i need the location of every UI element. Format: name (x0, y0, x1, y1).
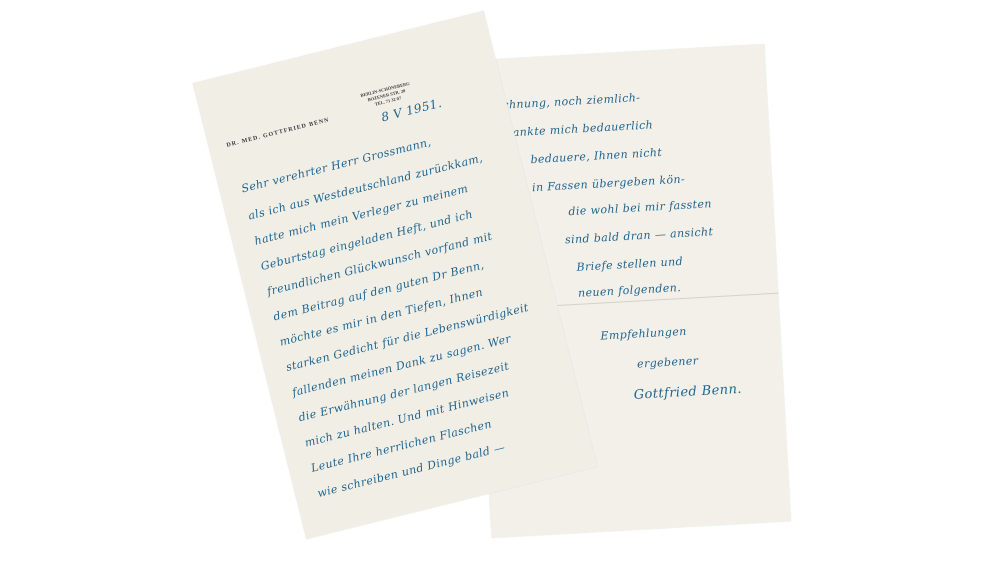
handwritten-line: die wohl bei mir fassten (568, 197, 712, 218)
signature: Gottfried Benn. (633, 382, 742, 403)
handwritten-line: Empfehlungen (600, 325, 687, 343)
handwritten-line: Briefe stellen und (576, 255, 683, 274)
handwritten-line: ergebener (637, 354, 699, 370)
letterhead-name: DR. MED. GOTTFRIED BENN (226, 117, 330, 148)
letter-photo-scene: zeichnung, noch ziemlich- bedankte mich … (0, 0, 1000, 563)
handwritten-line: in Fassen übergeben kön- (532, 173, 686, 195)
letter-body: Sehr verehrter Herr Grossmann, als ich a… (193, 11, 484, 84)
handwritten-line: neuen folgenden. (578, 281, 682, 300)
handwritten-line: sind bald dran — ansicht (565, 225, 714, 246)
handwritten-line: bedauere, Ihnen nicht (530, 146, 662, 166)
